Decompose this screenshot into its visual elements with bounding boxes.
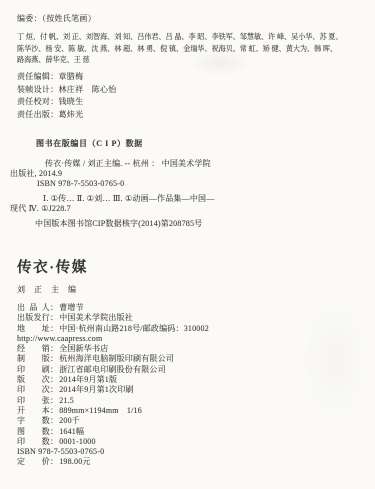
staff-value: 钱晓生 (59, 97, 84, 106)
book-title: 传衣·传媒 (17, 256, 367, 277)
staff-label: 责任校对： (17, 97, 59, 106)
copyright-page: 编委：（按姓氏笔画） 丁 烜、付 帆、刘 正、刘智海、刘 知、吕伟君、吕 晶、李… (0, 0, 375, 489)
colophon-row-platemaking: 制版：杭州海洋电脑制版印刷有限公司 (17, 354, 367, 364)
editorial-board-heading: 编委：（按姓氏笔画） (17, 14, 367, 24)
board-names-line-2: 陈华沙、杨 安、陈 敏、沈 燕、林 超、林 勇、倪 镇、金瑞华、祝海贝、常 虹、… (17, 44, 367, 56)
colon: ： (50, 437, 58, 446)
cip-title-line: 传衣·传媒 / 刘正主编. -- 杭州 ： 中国美术学院 (45, 159, 367, 169)
board-names-line-1: 丁 烜、付 帆、刘 正、刘智海、刘 知、吕伟君、吕 晶、李 昭、李铁军、邹慧敏、… (17, 32, 367, 44)
colophon-value: 198.00元 (59, 457, 90, 466)
cip-isbn: ISBN 978-7-5503-0765-0 (37, 179, 367, 189)
colophon-row-sheets: 印张：21.5 (17, 396, 367, 406)
colophon-row-printrun: 印数：0001-1000 (17, 437, 367, 447)
colophon-label: 印张 (17, 396, 50, 406)
colon: ： (50, 313, 58, 322)
staff-row-publishing: 责任出版：葛炜光 (17, 109, 367, 122)
cip-section: 图书在版编目（C I P）数据 传衣·传媒 / 刘正主编. -- 杭州 ： 中国… (10, 139, 367, 229)
isbn-line: ISBN 978-7-5503-0765-0 (17, 447, 367, 457)
colophon-label: 出版发行 (17, 313, 50, 323)
colon: ： (50, 427, 58, 436)
colophon-section: 出品人：曹增节 出版发行：中国美术学院出版社 地址：中国·杭州南山路218号/邮… (17, 303, 367, 468)
colophon-label: 印数 (17, 437, 50, 447)
colophon-label: 版次 (17, 375, 50, 385)
chief-editor: 刘 正 主 编 (17, 284, 367, 295)
colophon-row-impression: 印次：2014年9月第1次印刷 (17, 385, 367, 395)
editorial-board-section: 编委：（按姓氏笔画） 丁 烜、付 帆、刘 正、刘智海、刘 知、吕伟君、吕 晶、李… (17, 14, 367, 67)
colophon-label: 地址 (17, 324, 50, 334)
colophon-label: 印次 (17, 385, 50, 395)
colon: ： (50, 457, 58, 466)
colophon-row-publisher: 出版发行：中国美术学院出版社 (17, 313, 367, 323)
colon: ： (50, 396, 58, 405)
colophon-value: 浙江省邮电印刷股份有限公司 (59, 365, 166, 374)
cip-classification-line-1: Ⅰ. ①传… Ⅱ. ①刘… Ⅲ. ①动画—作品集—中国— (43, 194, 367, 204)
staff-label: 责任编辑： (17, 72, 59, 81)
colophon-row-edition: 版次：2014年9月第1版 (17, 375, 367, 385)
colon: ： (50, 354, 58, 363)
colophon-row-printing: 印刷：浙江省邮电印刷股份有限公司 (17, 365, 367, 375)
editorial-board-names: 丁 烜、付 帆、刘 正、刘智海、刘 知、吕伟君、吕 晶、李 昭、李铁军、邹慧敏、… (17, 32, 367, 67)
colophon-row-distribution: 经销：全国新华书店 (17, 344, 367, 354)
colophon-row-address: 地址：中国·杭州南山路218号/邮政编码：310002 (17, 324, 367, 334)
colophon-value: 中国美术学院出版社 (59, 313, 133, 322)
board-names-line-3: 路海燕、薛华克、王 慈 (17, 55, 367, 67)
title-block: 传衣·传媒 刘 正 主 编 (17, 256, 367, 295)
colophon-value: 全国新华书店 (59, 344, 108, 353)
colon: ： (50, 365, 58, 374)
staff-value: 葛炜光 (59, 110, 84, 119)
cip-registry-number: 中国版本图书馆CIP数据核字(2014)第208785号 (35, 219, 367, 229)
colophon-row-producer: 出品人：曹增节 (17, 303, 367, 313)
colophon-value: 0001-1000 (59, 437, 95, 446)
colophon-label: 制版 (17, 354, 50, 364)
publisher-url: http://www.caapress.com (17, 334, 367, 344)
colophon-label: 印刷 (17, 365, 50, 375)
staff-credits-section: 责任编辑：章腊梅 装帧设计：林庄祥 陈心怡 责任校对：钱晓生 责任出版：葛炜光 (17, 71, 367, 121)
staff-label: 责任出版： (17, 110, 59, 119)
colophon-label: 图数 (17, 427, 50, 437)
colophon-value: 杭州海洋电脑制版印刷有限公司 (59, 354, 174, 363)
cip-publisher-line: 出版社, 2014.9 (10, 169, 367, 179)
colon: ： (50, 324, 58, 333)
cip-heading: 图书在版编目（C I P）数据 (36, 139, 367, 149)
colon: ： (50, 406, 58, 415)
staff-row-editor: 责任编辑：章腊梅 (17, 71, 367, 84)
staff-value: 章腊梅 (59, 72, 84, 81)
colophon-label: 字数 (17, 416, 50, 426)
colophon-value: 889mm×1194mm 1/16 (59, 406, 142, 415)
colophon-row-format: 开本：889mm×1194mm 1/16 (17, 406, 367, 416)
colophon-label: 经销 (17, 344, 50, 354)
colon: ： (50, 303, 58, 312)
colophon-label: 出品人 (17, 303, 50, 313)
staff-value: 林庄祥 陈心怡 (59, 85, 117, 94)
staff-row-proofread: 责任校对：钱晓生 (17, 96, 367, 109)
staff-label: 装帧设计： (17, 85, 59, 94)
colon: ： (50, 416, 58, 425)
colophon-value: 1641幅 (59, 427, 84, 436)
staff-row-design: 装帧设计：林庄祥 陈心怡 (17, 84, 367, 97)
colophon-label: 定价 (17, 457, 50, 467)
colon: ： (50, 375, 58, 384)
colon: ： (50, 344, 58, 353)
colophon-value: 中国·杭州南山路218号/邮政编码：310002 (59, 324, 209, 333)
colophon-value: 2014年9月第1版 (59, 375, 117, 384)
cip-classification-line-2: 现代 Ⅳ. ①J228.7 (10, 204, 367, 214)
colophon-value: 2014年9月第1次印刷 (59, 385, 133, 394)
colophon-row-wordcount: 字数：200千 (17, 416, 367, 426)
colon: ： (50, 385, 58, 394)
colophon-value: 曹增节 (59, 303, 84, 312)
colophon-row-price: 定价：198.00元 (17, 457, 367, 467)
colophon-value: 200千 (59, 416, 80, 425)
colophon-value: 21.5 (59, 396, 74, 405)
colophon-label: 开本 (17, 406, 50, 416)
colophon-row-illustrations: 图数：1641幅 (17, 427, 367, 437)
